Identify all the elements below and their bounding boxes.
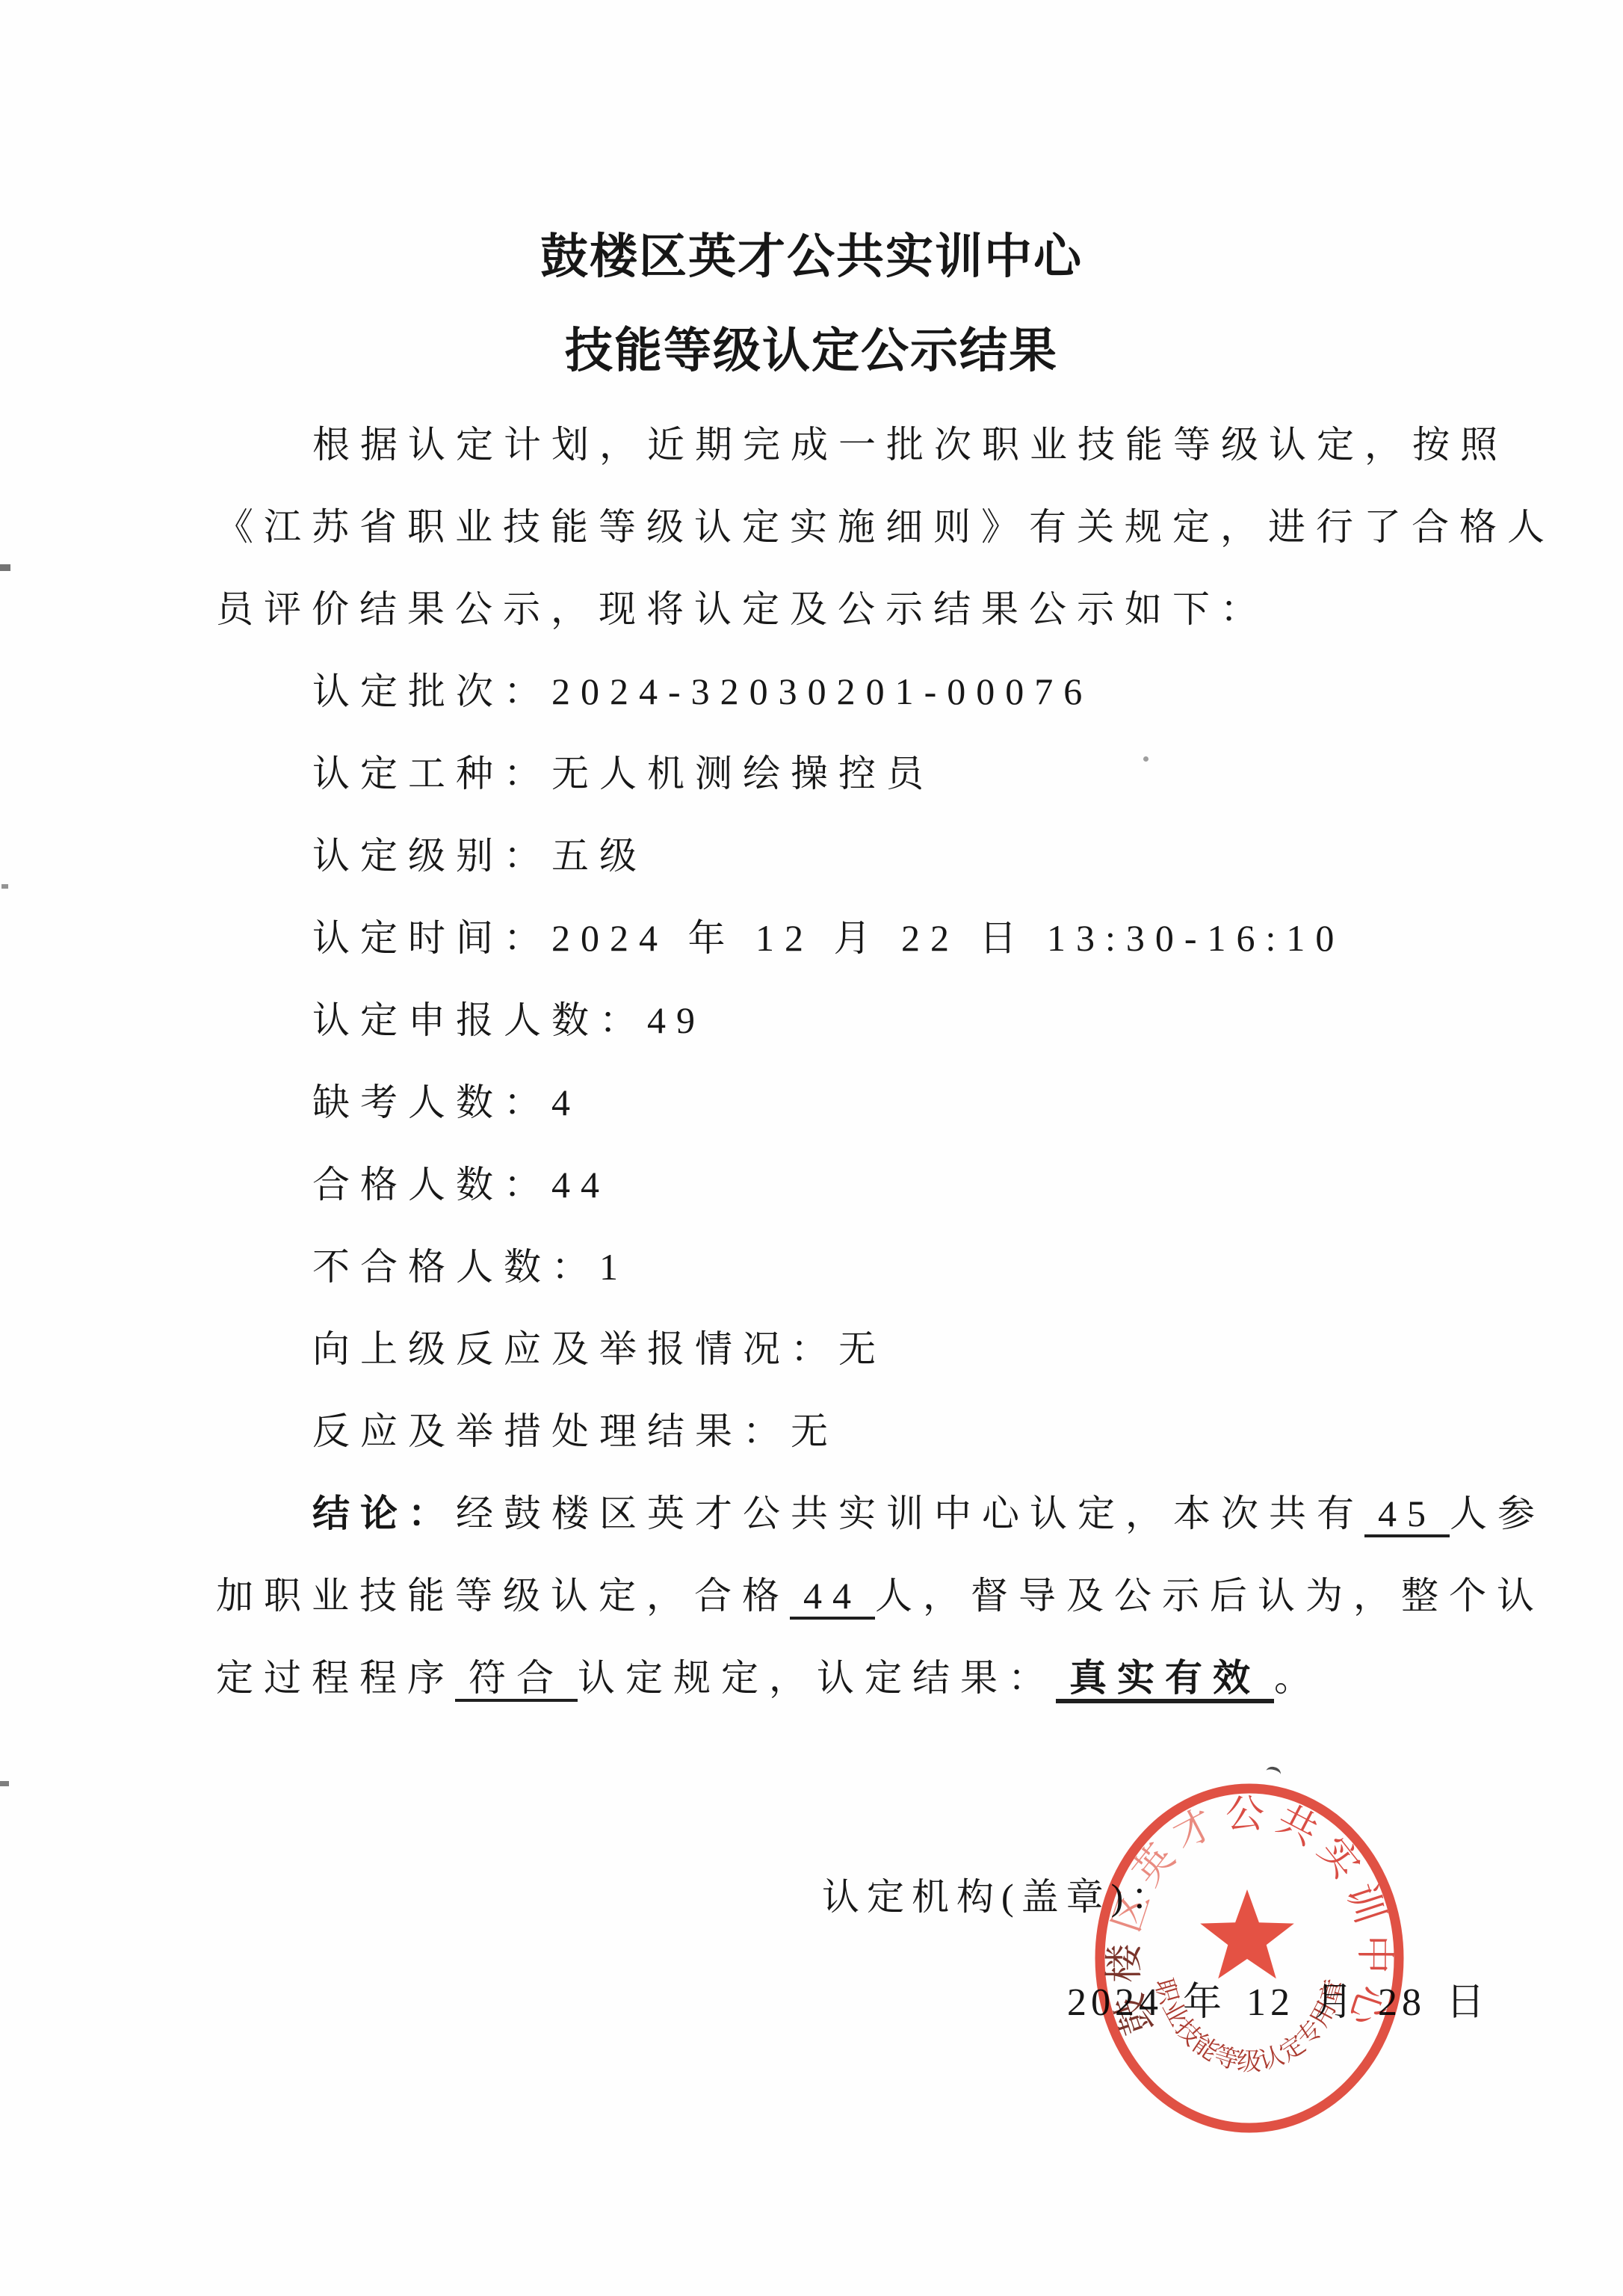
seal-bottom-text: 职业技能等级认定专用章 <box>1149 1975 1350 2076</box>
conclusion-text: 结论： <box>312 1493 456 1534</box>
item-label: 合格人数： <box>312 1164 551 1206</box>
item-value: 无人机测绘操控员 <box>551 753 934 794</box>
item-line: 向上级反应及举报情况：无 <box>216 1308 1554 1390</box>
item-label: 不合格人数： <box>312 1246 599 1288</box>
item-value: 无 <box>791 1410 838 1452</box>
seal-star-icon <box>1200 1889 1294 1978</box>
item-label: 认定批次： <box>312 670 551 712</box>
conclusion-text: 定过程程序 <box>216 1657 455 1699</box>
item-line: 不合格人数：1 <box>216 1226 1554 1308</box>
item-value: 49 <box>647 999 705 1041</box>
item-value: 无 <box>838 1328 886 1370</box>
document-subtitle: 技能等级认定公示结果 <box>0 312 1623 381</box>
conclusion-text: 。 <box>1274 1657 1322 1699</box>
conclusion-text: 人，督导及公示后认为，整个认 <box>875 1575 1545 1617</box>
item-label: 认定工种： <box>312 753 551 794</box>
item-line: 反应及举措处理结果：无 <box>216 1390 1554 1472</box>
conclusion-line: 结论：经鼓楼区英才公共实训中心认定，本次共有45人参 <box>216 1472 1554 1555</box>
intro-line: 员评价结果公示，现将认定及公示结果公示如下： <box>216 568 1554 650</box>
scan-artifact <box>1143 756 1149 762</box>
item-value: 2024 年 12 月 22 日 13:30-16:10 <box>551 917 1344 959</box>
item-label: 认定时间： <box>312 917 551 959</box>
item-label: 认定级别： <box>312 835 551 877</box>
item-label: 向上级反应及举报情况： <box>312 1328 838 1370</box>
intro-line: 《江苏省职业技能等级认定实施细则》有关规定，进行了合格人 <box>216 486 1554 568</box>
conclusion-text: 经鼓楼区英才公共实训中心认定，本次共有 <box>456 1493 1364 1534</box>
scan-artifact <box>0 1781 9 1786</box>
item-value: 44 <box>551 1164 610 1206</box>
conclusion-text: 加职业技能等级认定，合格 <box>216 1575 790 1617</box>
document-body: 根据认定计划，近期完成一批次职业技能等级认定，按照《江苏省职业技能等级认定实施细… <box>216 404 1554 1719</box>
item-value: 五级 <box>551 835 647 877</box>
conclusion-line: 定过程程序符合认定规定，认定结果：真实有效。 <box>216 1637 1554 1719</box>
underlined-blank: 45 <box>1364 1493 1450 1537</box>
intro-line: 根据认定计划，近期完成一批次职业技能等级认定，按照 <box>216 404 1554 486</box>
item-value: 4 <box>551 1081 581 1123</box>
item-value: 1 <box>599 1246 628 1288</box>
item-line: 合格人数：44 <box>216 1144 1554 1226</box>
official-seal-stamp: 鼓楼区英才公共实训中心 职业技能等级认定专用章 <box>1085 1773 1414 2154</box>
item-label: 反应及举措处理结果： <box>312 1410 791 1452</box>
document-page: 鼓楼区英才公共实训中心 技能等级认定公示结果 根据认定计划，近期完成一批次职业技… <box>0 0 1623 2296</box>
underlined-blank: 符合 <box>455 1657 578 1702</box>
scan-artifact <box>1 884 8 889</box>
conclusion-text: 认定规定，认定结果： <box>578 1657 1056 1699</box>
item-label: 缺考人数： <box>312 1081 551 1123</box>
item-label: 认定申报人数： <box>312 999 647 1041</box>
item-line: 缺考人数：4 <box>216 1061 1554 1144</box>
conclusion-paragraph: 结论：经鼓楼区英才公共实训中心认定，本次共有45人参加职业技能等级认定，合格44… <box>216 1472 1554 1719</box>
document-title: 鼓楼区英才公共实训中心 <box>0 218 1623 287</box>
conclusion-text: 人参 <box>1450 1493 1545 1534</box>
item-line: 认定时间：2024 年 12 月 22 日 13:30-16:10 <box>216 897 1554 979</box>
underlined-blank: 真实有效 <box>1056 1657 1274 1703</box>
item-line: 认定级别：五级 <box>216 815 1554 897</box>
conclusion-line: 加职业技能等级认定，合格44人，督导及公示后认为，整个认 <box>216 1555 1554 1637</box>
scan-artifact <box>0 564 10 571</box>
item-line: 认定工种：无人机测绘操控员 <box>216 732 1554 815</box>
item-line: 认定申报人数：49 <box>216 979 1554 1061</box>
item-value: 2024-32030201-00076 <box>551 670 1092 712</box>
items-list: 认定批次：2024-32030201-00076认定工种：无人机测绘操控员认定级… <box>216 650 1554 1472</box>
underlined-blank: 44 <box>790 1575 875 1620</box>
item-line: 认定批次：2024-32030201-00076 <box>216 650 1554 732</box>
intro-paragraph: 根据认定计划，近期完成一批次职业技能等级认定，按照《江苏省职业技能等级认定实施细… <box>216 404 1554 650</box>
